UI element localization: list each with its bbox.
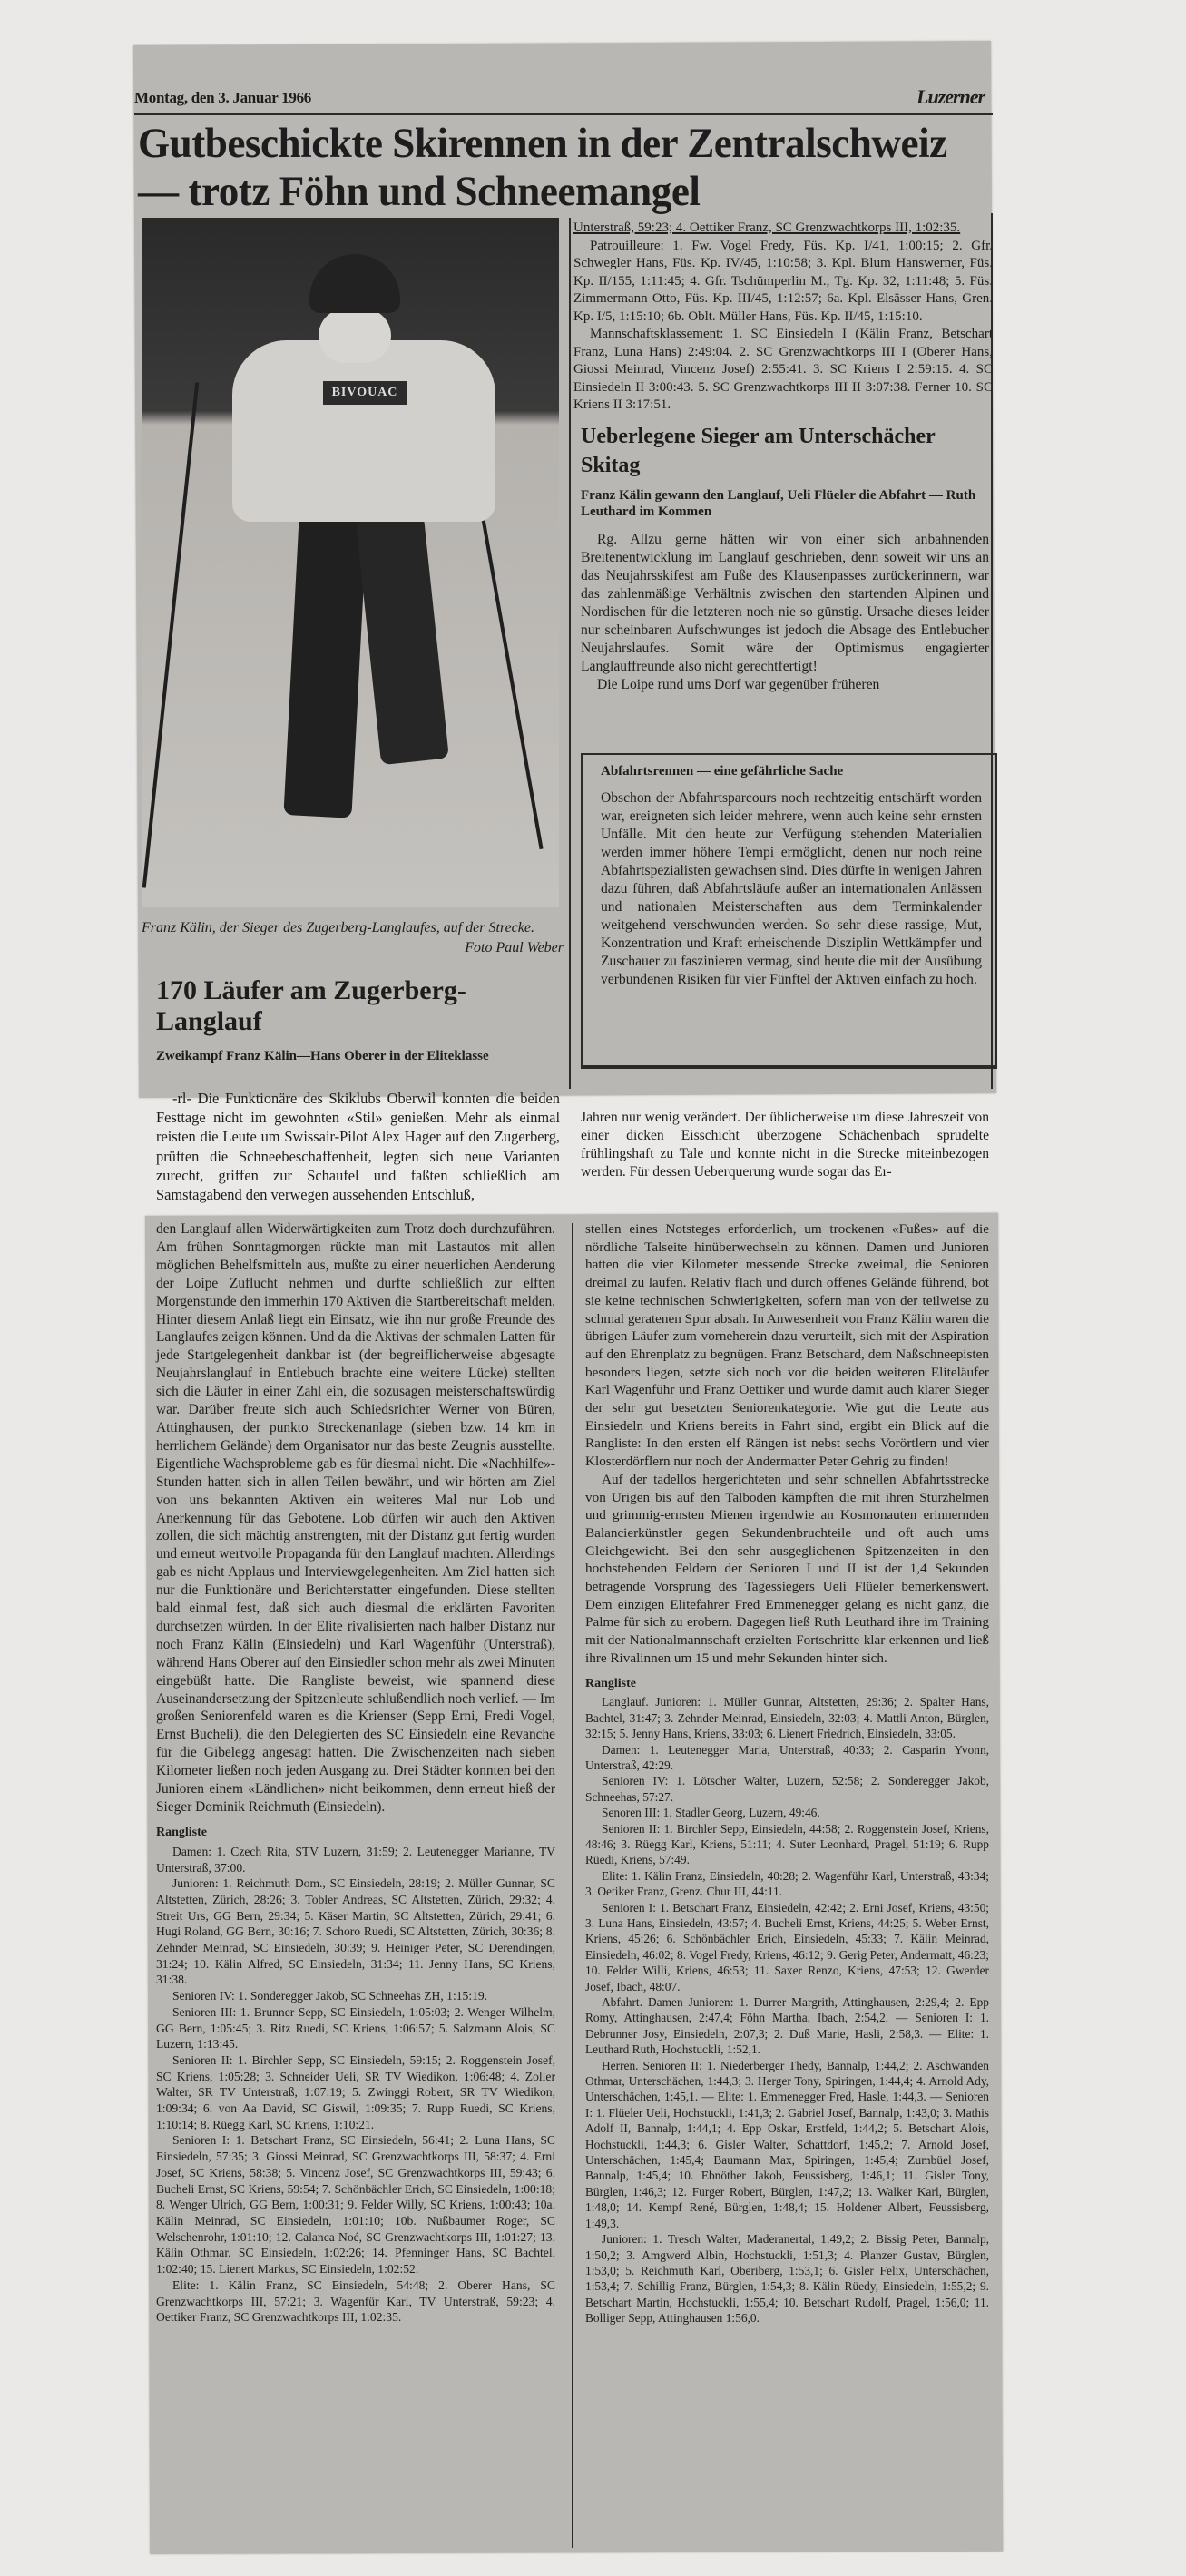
result-damen: Damen: 1. Czech Rita, STV Luzern, 31:59;… (156, 1844, 555, 1876)
paragraph: Die Loipe rund ums Dorf war gegenüber fr… (581, 676, 989, 694)
column-rule (569, 218, 571, 1089)
dateline: Montag, den 3. Januar 1966 (134, 89, 311, 107)
sidebar-title: Abfahrtsrennen — eine gefährliche Sache (601, 764, 843, 779)
article-title-unterschaechen: Ueberlegene Sieger am Unterschächer Skit… (581, 422, 980, 480)
rangliste-heading: Rangliste (585, 1675, 989, 1693)
skier-hat (309, 254, 400, 313)
paragraph: Jahren nur wenig verändert. Der üblicher… (581, 1109, 989, 1181)
article-deck-unterschaechen: Franz Kälin gewann den Langlauf, Ueli Fl… (581, 487, 989, 520)
paragraph: stellen eines Notsteges erforderlich, um… (585, 1220, 989, 1471)
result-senioren-i: Senioren I: 1. Betschart Franz, Einsiede… (585, 1900, 989, 1994)
skier-sweater (232, 340, 495, 522)
skier-leg-left (283, 515, 367, 818)
result-junioren: Junioren: 1. Reichmuth Dom., SC Einsiede… (156, 1876, 555, 1988)
result-senioren-iv: Senioren IV: 1. Lötscher Walter, Luzern,… (585, 1773, 989, 1805)
result-abfahrt-herren: Herren. Senioren II: 1. Niederberger The… (585, 2058, 989, 2231)
rangliste-heading: Rangliste (156, 1824, 555, 1842)
result-abfahrt-damen: Abfahrt. Damen Junioren: 1. Durrer Margr… (585, 1994, 989, 2058)
result-senioren-i: Senioren I: 1. Betschart Franz, SC Einsi… (156, 2132, 555, 2277)
result-senioren-ii: Senioren II: 1. Birchler Sepp, SC Einsie… (156, 2052, 555, 2133)
result-senioren-iii: Senioren III: 1. Brunner Sepp, SC Einsie… (156, 2004, 555, 2052)
caption-text: Franz Kälin, der Sieger des Zugerberg-La… (142, 920, 534, 935)
main-headline: Gutbeschickte Skirennen in der Zentralsc… (138, 120, 956, 216)
results-mannschaft: Mannschaftsklassement: 1. SC Einsiedeln … (573, 326, 993, 415)
result-elite: Elite: 1. Kälin Franz, Einsiedeln, 40:28… (585, 1868, 989, 1900)
article-body-unterschaechen-bottom: stellen eines Notsteges erforderlich, um… (585, 1220, 989, 2326)
result-elite: Elite: 1. Kälin Franz, SC Einsiedeln, 54… (156, 2277, 555, 2326)
skier-photo: BIVOUAC (142, 218, 559, 907)
result-langlauf-junioren: Langlauf. Junioren: 1. Müller Gunnar, Al… (585, 1694, 989, 1741)
article-body-unterschaechen-cont: Jahren nur wenig verändert. Der üblicher… (581, 1109, 989, 1181)
column-rule (572, 1223, 573, 2548)
paragraph: -rl- Die Funktionäre des Skiklubs Oberwi… (156, 1089, 560, 1204)
result-damen: Damen: 1. Leutenegger Maria, Unterstraß,… (585, 1742, 989, 1774)
skier-face (319, 309, 391, 363)
result-abfahrt-junioren: Junioren: 1. Tresch Walter, Maderanertal… (585, 2231, 989, 2326)
skier-leg-right (356, 514, 449, 765)
result-senioren-iii: Senoren III: 1. Stadler Georg, Luzern, 4… (585, 1805, 989, 1820)
article-deck-zugerberg: Zweikampf Franz Kälin—Hans Oberer in der… (156, 1048, 555, 1064)
article-body-unterschaechen: Rg. Allzu gerne hätten wir von einer sic… (581, 531, 989, 694)
masthead-rule (134, 113, 993, 115)
article-body-zugerberg-bottom: den Langlauf allen Widerwärtigkeiten zum… (156, 1220, 555, 2326)
sweater-logo: BIVOUAC (323, 381, 407, 405)
photo-caption: Franz Kälin, der Sieger des Zugerberg-La… (142, 918, 564, 938)
article-body-zugerberg-top: -rl- Die Funktionäre des Skiklubs Oberwi… (156, 1089, 560, 1204)
results-lead: Unterstraß, 59:23; 4. Oettiker Franz, SC… (573, 220, 993, 238)
results-patrouilleure: Patrouilleure: 1. Fw. Vogel Fredy, Füs. … (573, 238, 993, 327)
paragraph: den Langlauf allen Widerwärtigkeiten zum… (156, 1220, 555, 1817)
article-title-zugerberg: 170 Läufer am Zugerberg-Langlauf (156, 975, 555, 1037)
newspaper-name: Luzerner (916, 85, 985, 109)
ski-pole-left (142, 382, 200, 887)
paragraph: Rg. Allzu gerne hätten wir von einer sic… (581, 531, 989, 676)
results-continued: Unterstraß, 59:23; 4. Oettiker Franz, SC… (573, 220, 993, 415)
result-senioren-ii: Senioren II: 1. Birchler Sepp, Einsiedel… (585, 1821, 989, 1868)
sidebar-body: Obschon der Abfahrtsparcours noch rechtz… (601, 789, 982, 989)
photo-credit: Foto Paul Weber (465, 938, 564, 958)
sidebar-box: Abfahrtsrennen — eine gefährliche Sache … (581, 753, 997, 1069)
paragraph: Auf der tadellos hergerichteten und sehr… (585, 1471, 989, 1668)
result-senioren-iv: Senioren IV: 1. Sonderegger Jakob, SC Sc… (156, 1988, 555, 2004)
